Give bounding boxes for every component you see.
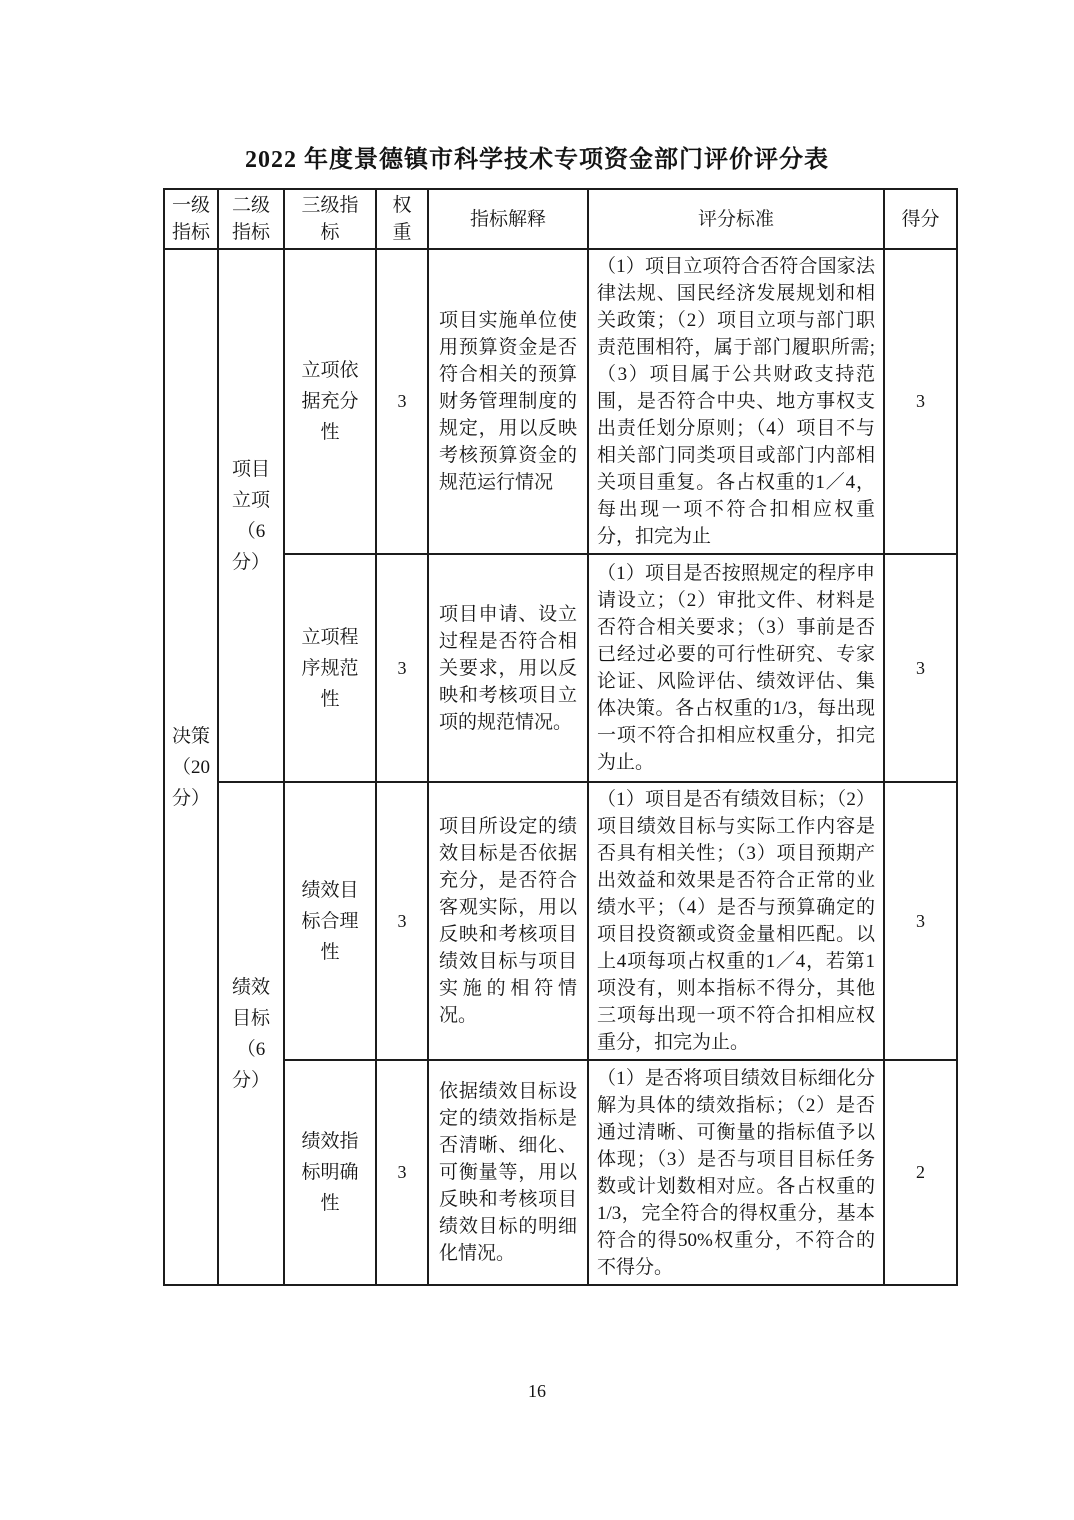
column-header-weight: 权重 [376,189,428,249]
level2-indicator-cell: 绩效目标（6分） [218,782,284,1285]
level2-indicator-cell: 项目立项（6分） [218,249,284,782]
criteria-cell: （1）项目是否按照规定的程序申请设立；（2）审批文件、材料是否符合相关要求；（3… [588,554,884,782]
weight-cell: 3 [376,249,428,554]
criteria-cell: （1）项目是否有绩效目标；（2）项目绩效目标与实际工作内容是否具有相关性；（3）… [588,782,884,1060]
indicator3-cell: 绩效目标合理性 [284,782,376,1060]
score-cell: 3 [884,554,957,782]
column-header-level2: 二级指标 [218,189,284,249]
indicator3-cell: 立项依据充分性 [284,249,376,554]
criteria-cell: （1）项目立项符合否符合国家法律法规、国民经济发展规划和相关政策；（2）项目立项… [588,249,884,554]
indicator3-cell: 立项程序规范性 [284,554,376,782]
table-row: 决策（20分） 项目立项（6分） 立项依据充分性 3 项目实施单位使用预算资金是… [164,249,957,554]
column-header-score: 得分 [884,189,957,249]
column-header-level3: 三级指标 [284,189,376,249]
page-number: 16 [0,1381,1074,1402]
weight-cell: 3 [376,554,428,782]
score-cell: 3 [884,249,957,554]
weight-cell: 3 [376,782,428,1060]
column-header-explanation: 指标解释 [428,189,588,249]
table-row: 绩效目标（6分） 绩效目标合理性 3 项目所设定的绩效目标是否依据充分，是否符合… [164,782,957,1060]
indicator3-cell: 绩效指标明确性 [284,1060,376,1285]
weight-cell: 3 [376,1060,428,1285]
explanation-cell: 项目所设定的绩效目标是否依据充分，是否符合客观实际，用以反映和考核项目绩效目标与… [428,782,588,1060]
level1-indicator-cell: 决策（20分） [164,249,218,1285]
header-row: 一级指标 二级指标 三级指标 权重 指标解释 评分标准 得分 [164,189,957,249]
score-cell: 2 [884,1060,957,1285]
explanation-cell: 项目申请、设立过程是否符合相关要求，用以反映和考核项目立项的规范情况。 [428,554,588,782]
explanation-cell: 项目实施单位使用预算资金是否符合相关的预算财务管理制度的规定，用以反映考核预算资… [428,249,588,554]
column-header-criteria: 评分标准 [588,189,884,249]
scoring-table: 一级指标 二级指标 三级指标 权重 指标解释 评分标准 得分 决策（20分） 项… [163,188,958,1286]
explanation-cell: 依据绩效目标设定的绩效指标是否清晰、细化、可衡量等，用以反映和考核项目绩效目标的… [428,1060,588,1285]
column-header-level1: 一级指标 [164,189,218,249]
score-cell: 3 [884,782,957,1060]
criteria-cell: （1）是否将项目绩效目标细化分解为具体的绩效指标；（2）是否通过清晰、可衡量的指… [588,1060,884,1285]
document-title: 2022 年度景德镇市科学技术专项资金部门评价评分表 [0,139,1074,174]
